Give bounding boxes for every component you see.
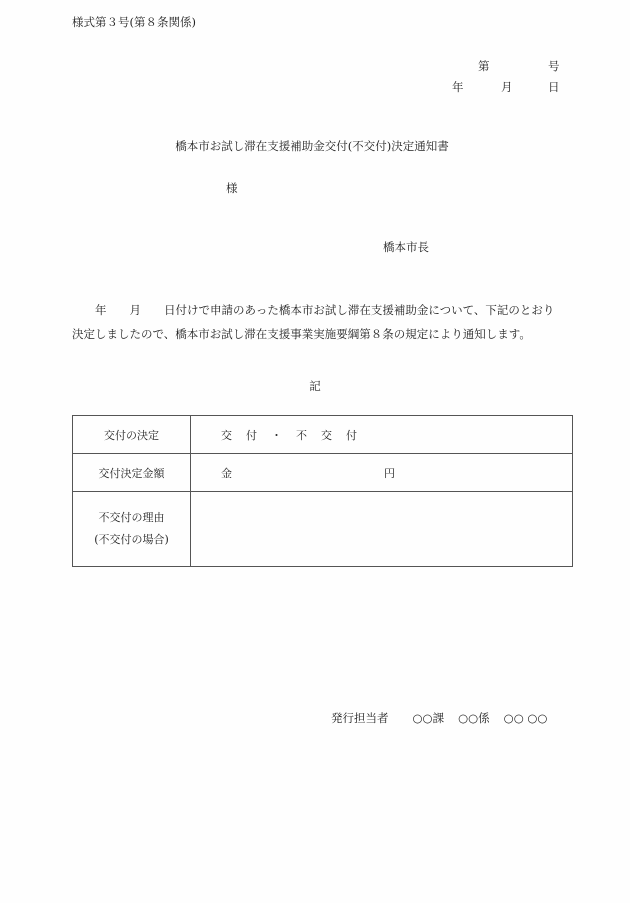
body-line-2: 決定しましたので、橋本市お試し滞在支援事業実施要綱第８条の規定により通知します。 [72, 322, 572, 346]
document-title: 橋本市お試し滞在支援補助金交付(不交付)決定通知書 [0, 138, 630, 154]
date-year: 年 [452, 79, 464, 95]
body-line-1: 年 月 日付けで申請のあった橋本市お試し滞在支援補助金について、下記のとおり [72, 298, 572, 322]
reason-label: 不交付の理由 (不交付の場合) [73, 492, 191, 567]
form-label: 様式第３号(第８条関係) [72, 14, 196, 30]
issuer-label: 発行担当者 [331, 711, 389, 725]
table-row: 不交付の理由 (不交付の場合) [73, 492, 573, 567]
amount-label: 交付決定金額 [73, 454, 191, 492]
decision-table: 交付の決定 交付・不交付 交付決定金額 金円 不交付の理由 (不交付の場合) [72, 415, 573, 567]
date-day: 日 [548, 79, 560, 95]
addressee-suffix: 様 [226, 180, 238, 196]
date-month: 月 [501, 79, 513, 95]
ki-heading: 記 [0, 378, 630, 394]
issuer-unit: ○○係 [458, 711, 490, 725]
decision-value: 交付・不交付 [191, 416, 573, 454]
issuer-title: 橋本市長 [383, 239, 429, 255]
number-suffix: 号 [548, 58, 560, 74]
body-text: 年 月 日付けで申請のあった橋本市お試し滞在支援補助金について、下記のとおり 決… [72, 298, 572, 346]
table-row: 交付決定金額 金円 [73, 454, 573, 492]
decision-label: 交付の決定 [73, 416, 191, 454]
issuer-name: ○○ ○○ [504, 711, 548, 725]
table-row: 交付の決定 交付・不交付 [73, 416, 573, 454]
issuer-contact: 発行担当者○○課○○係○○ ○○ [331, 710, 547, 726]
reason-value [191, 492, 573, 567]
amount-value: 金円 [191, 454, 573, 492]
number-prefix: 第 [478, 58, 490, 74]
issuer-section: ○○課 [413, 711, 445, 725]
